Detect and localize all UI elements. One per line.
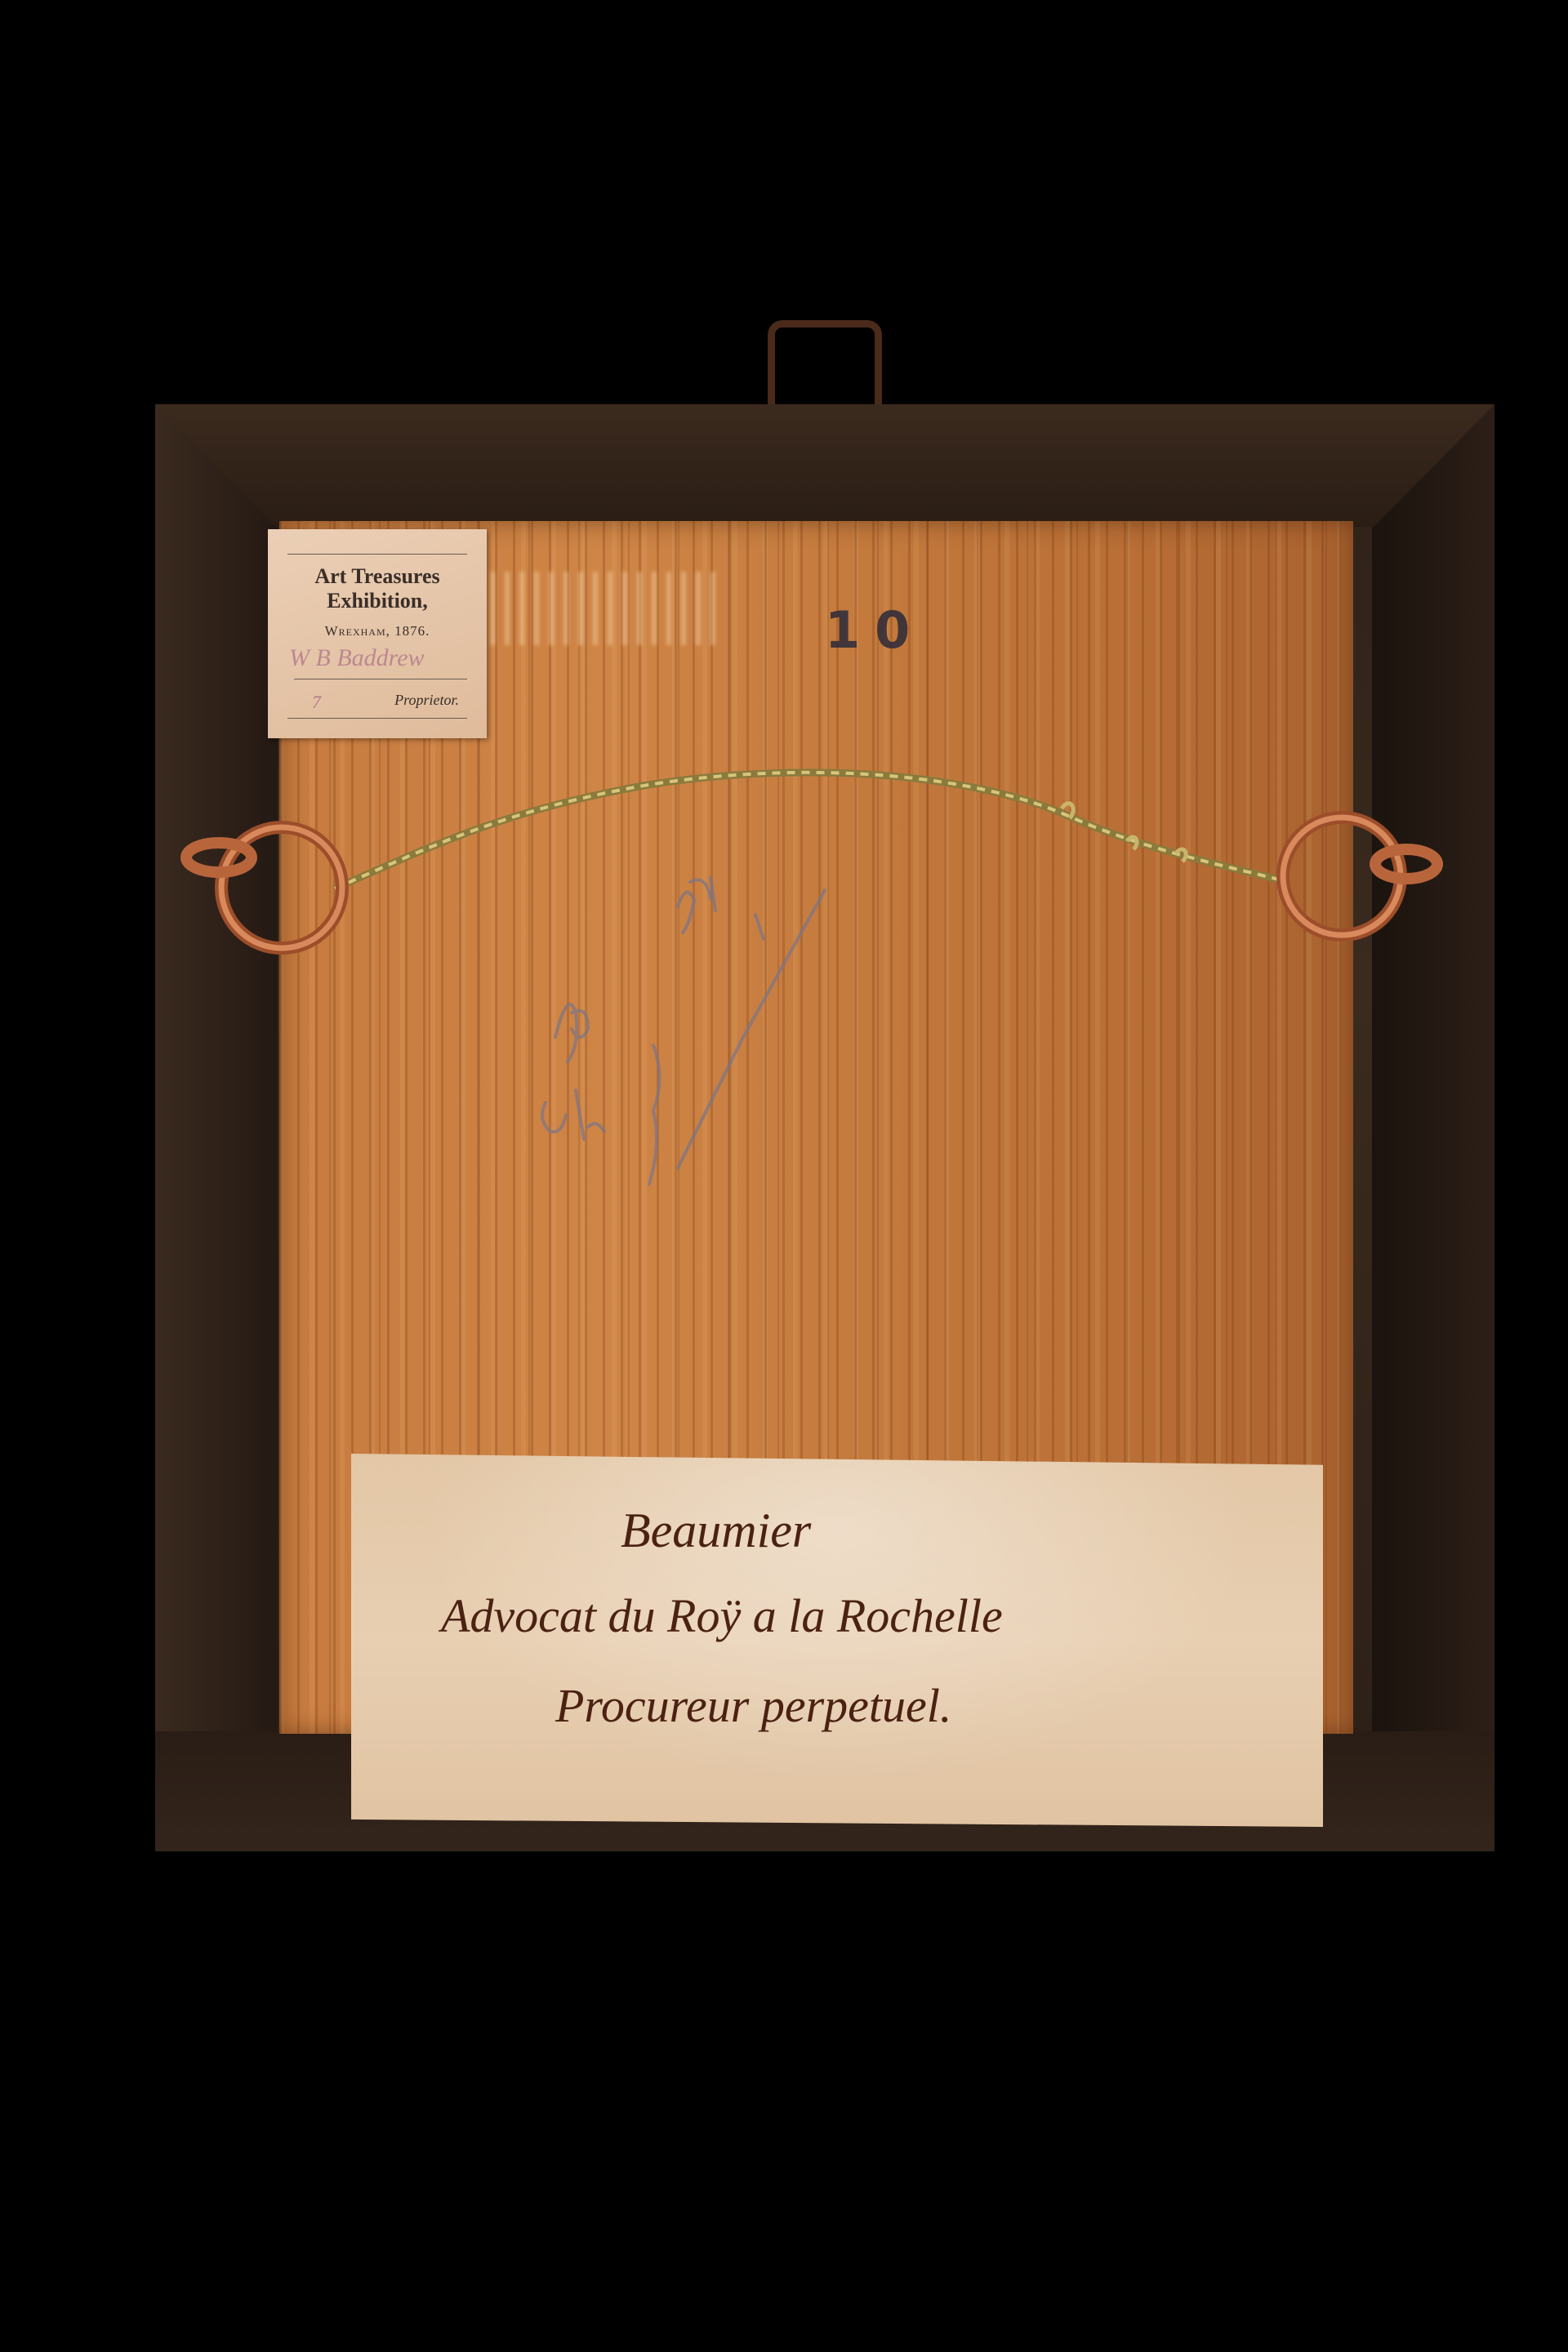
note-line-name: Beaumier [621, 1503, 811, 1559]
note-line-title: Advocat du Roÿ a la Rochelle [441, 1588, 1003, 1643]
note-line-role: Procureur perpetuel. [555, 1678, 951, 1733]
handwritten-note: Beaumier Advocat du Roÿ a la Rochelle Pr… [351, 1454, 1323, 1827]
left-ring-icon [186, 827, 342, 948]
right-ring-icon [1283, 817, 1437, 935]
hanging-hardware [0, 0, 1568, 2352]
